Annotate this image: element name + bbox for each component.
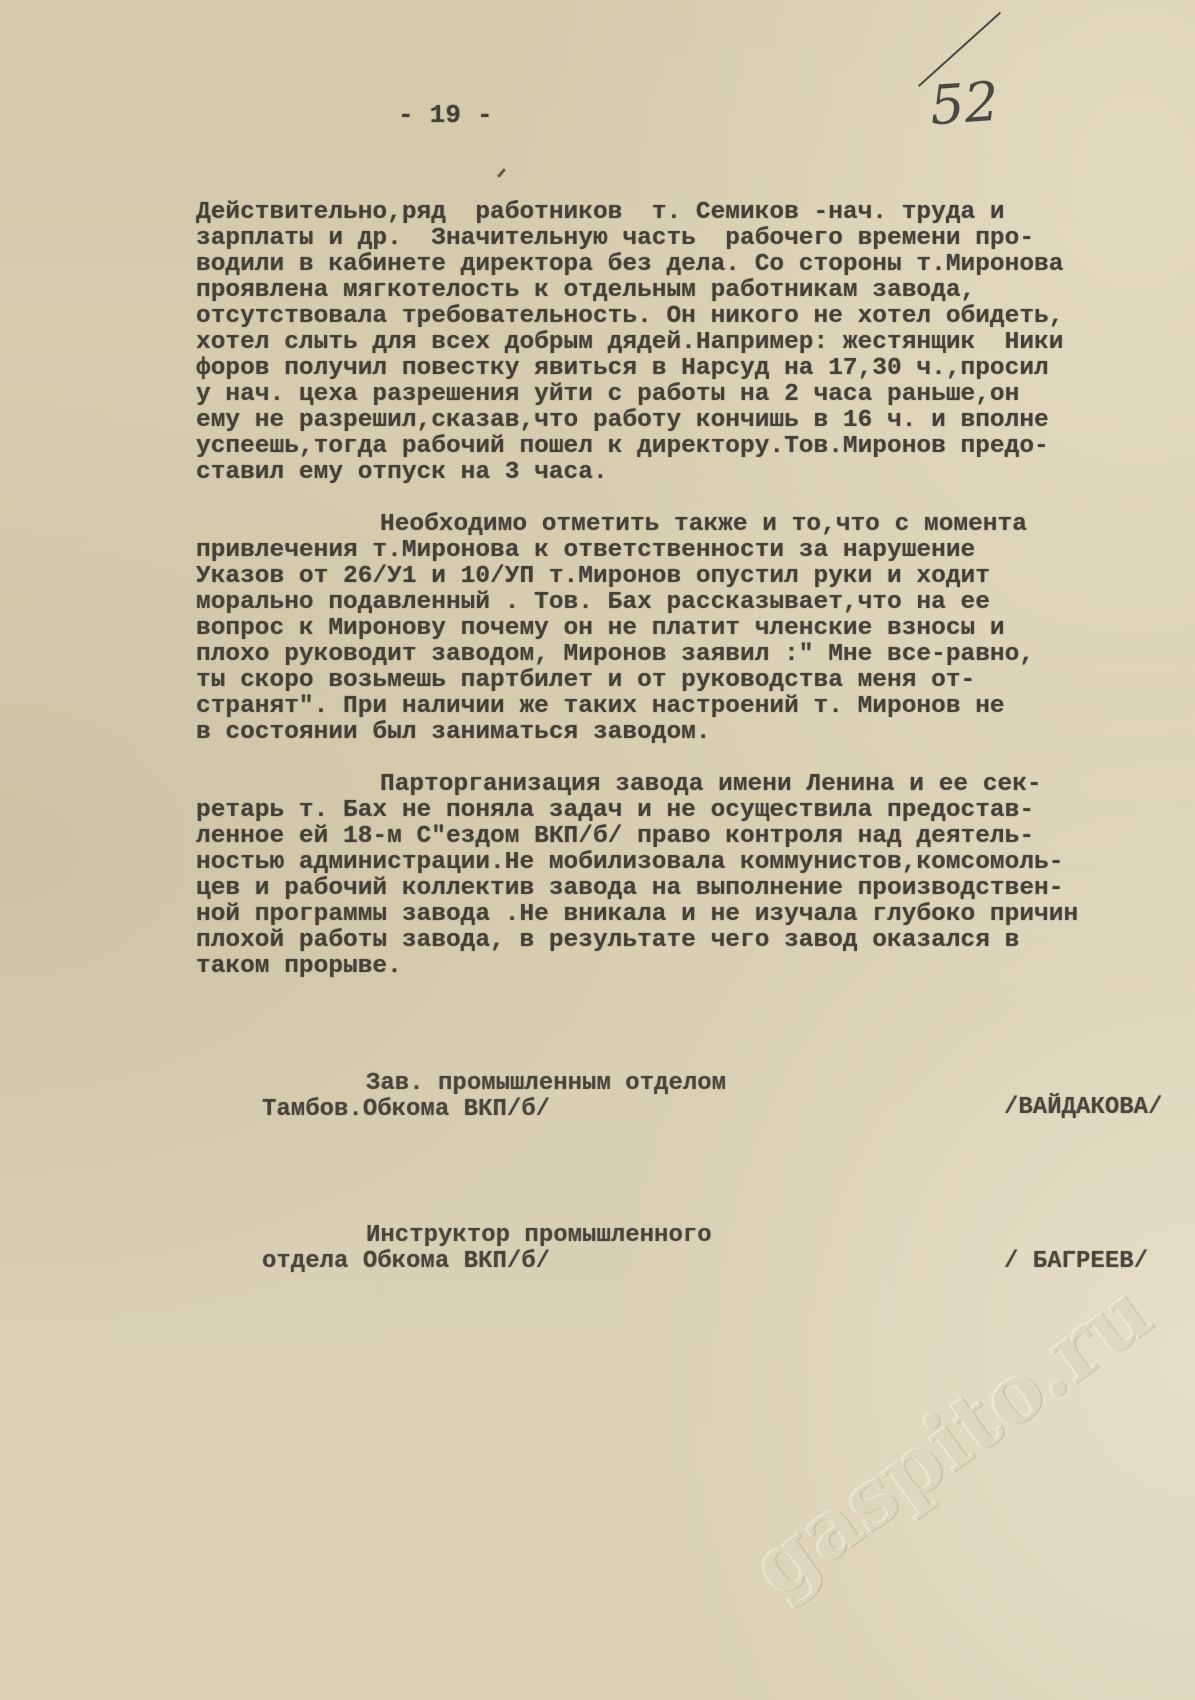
text-line: морально подавленный . Тов. Бах рассказы… [196,590,1186,616]
text-line: таком прорыве. [196,954,1186,980]
pencil-mark [497,168,506,178]
text-line: Указов от 26/У1 и 10/УП т.Миронов опусти… [196,564,1186,590]
watermark: gaspito.ru [734,1263,1169,1616]
text-line: ты скоро возьмешь партбилет и от руковод… [196,668,1186,694]
paragraph-1: Действительно,ряд работников т. Семиков … [196,200,1186,486]
text-line: ной программы завода .Не вникала и не из… [196,902,1186,928]
signature-2-title: Инструктор промышленного [366,1222,712,1249]
text-line: в состоянии был заниматься заводом. [196,720,1186,746]
text-line: ставил ему отпуск на 3 часа. [196,460,1186,486]
signature-2-name: / БАГРЕЕВ/ [1004,1248,1148,1275]
archive-sheet-number: 52 [928,70,1001,138]
text-line: Парторганизация завода имени Ленина и ее… [196,772,1186,798]
page-number: - 19 - [398,100,493,130]
text-line: ретарь т. Бах не поняла задач и не осуще… [196,798,1186,824]
document-page: - 19 - 52 Действительно,ряд работников т… [0,0,1195,1700]
text-line: зарплаты и др. Значительную часть рабоче… [196,226,1186,252]
text-line: привлечения т.Миронова к ответственности… [196,538,1186,564]
archive-sheet-number-text: 52 [928,70,1001,138]
text-line: плохой работы завода, в результате чего … [196,928,1186,954]
text-line: Действительно,ряд работников т. Семиков … [196,200,1186,226]
text-line: форов получил повестку явиться в Нарсуд … [196,356,1186,382]
text-line: странят". При наличии же таких настроени… [196,694,1186,720]
signature-1-org: Тамбов.Обкома ВКП/б/ [262,1096,550,1123]
signature-2-org: отдела Обкома ВКП/б/ [262,1248,550,1275]
text-line: успеешь,тогда рабочий пошел к директору.… [196,434,1186,460]
text-line: отсутствовала требовательность. Он никог… [196,304,1186,330]
text-line: Необходимо отметить также и то,что с мом… [196,512,1186,538]
paragraph-3: Парторганизация завода имени Ленина и ее… [196,772,1186,980]
signature-1-name: /ВАЙДАКОВА/ [1004,1094,1162,1121]
text-line: проявлена мягкотелость к отдельным работ… [196,278,1186,304]
paragraph-2: Необходимо отметить также и то,что с мом… [196,512,1186,746]
text-line: ленное ей 18-м С"ездом ВКП/б/ право конт… [196,824,1186,850]
text-line: водили в кабинете директора без дела. Со… [196,252,1186,278]
text-line: плохо руководит заводом, Миронов заявил … [196,642,1186,668]
text-line: ностью администрации.Не мобилизовала ком… [196,850,1186,876]
text-line: цев и рабочий коллектив завода на выполн… [196,876,1186,902]
text-line: ему не разрешил,сказав,что работу кончиш… [196,408,1186,434]
text-line: вопрос к Миронову почему он не платит чл… [196,616,1186,642]
signature-1-title: Зав. промышленным отделом [366,1070,726,1097]
text-line: у нач. цеха разрешения уйти с работы на … [196,382,1186,408]
document-body: Действительно,ряд работников т. Семиков … [196,200,1186,1006]
text-line: хотел слыть для всех добрым дядей.Наприм… [196,330,1186,356]
